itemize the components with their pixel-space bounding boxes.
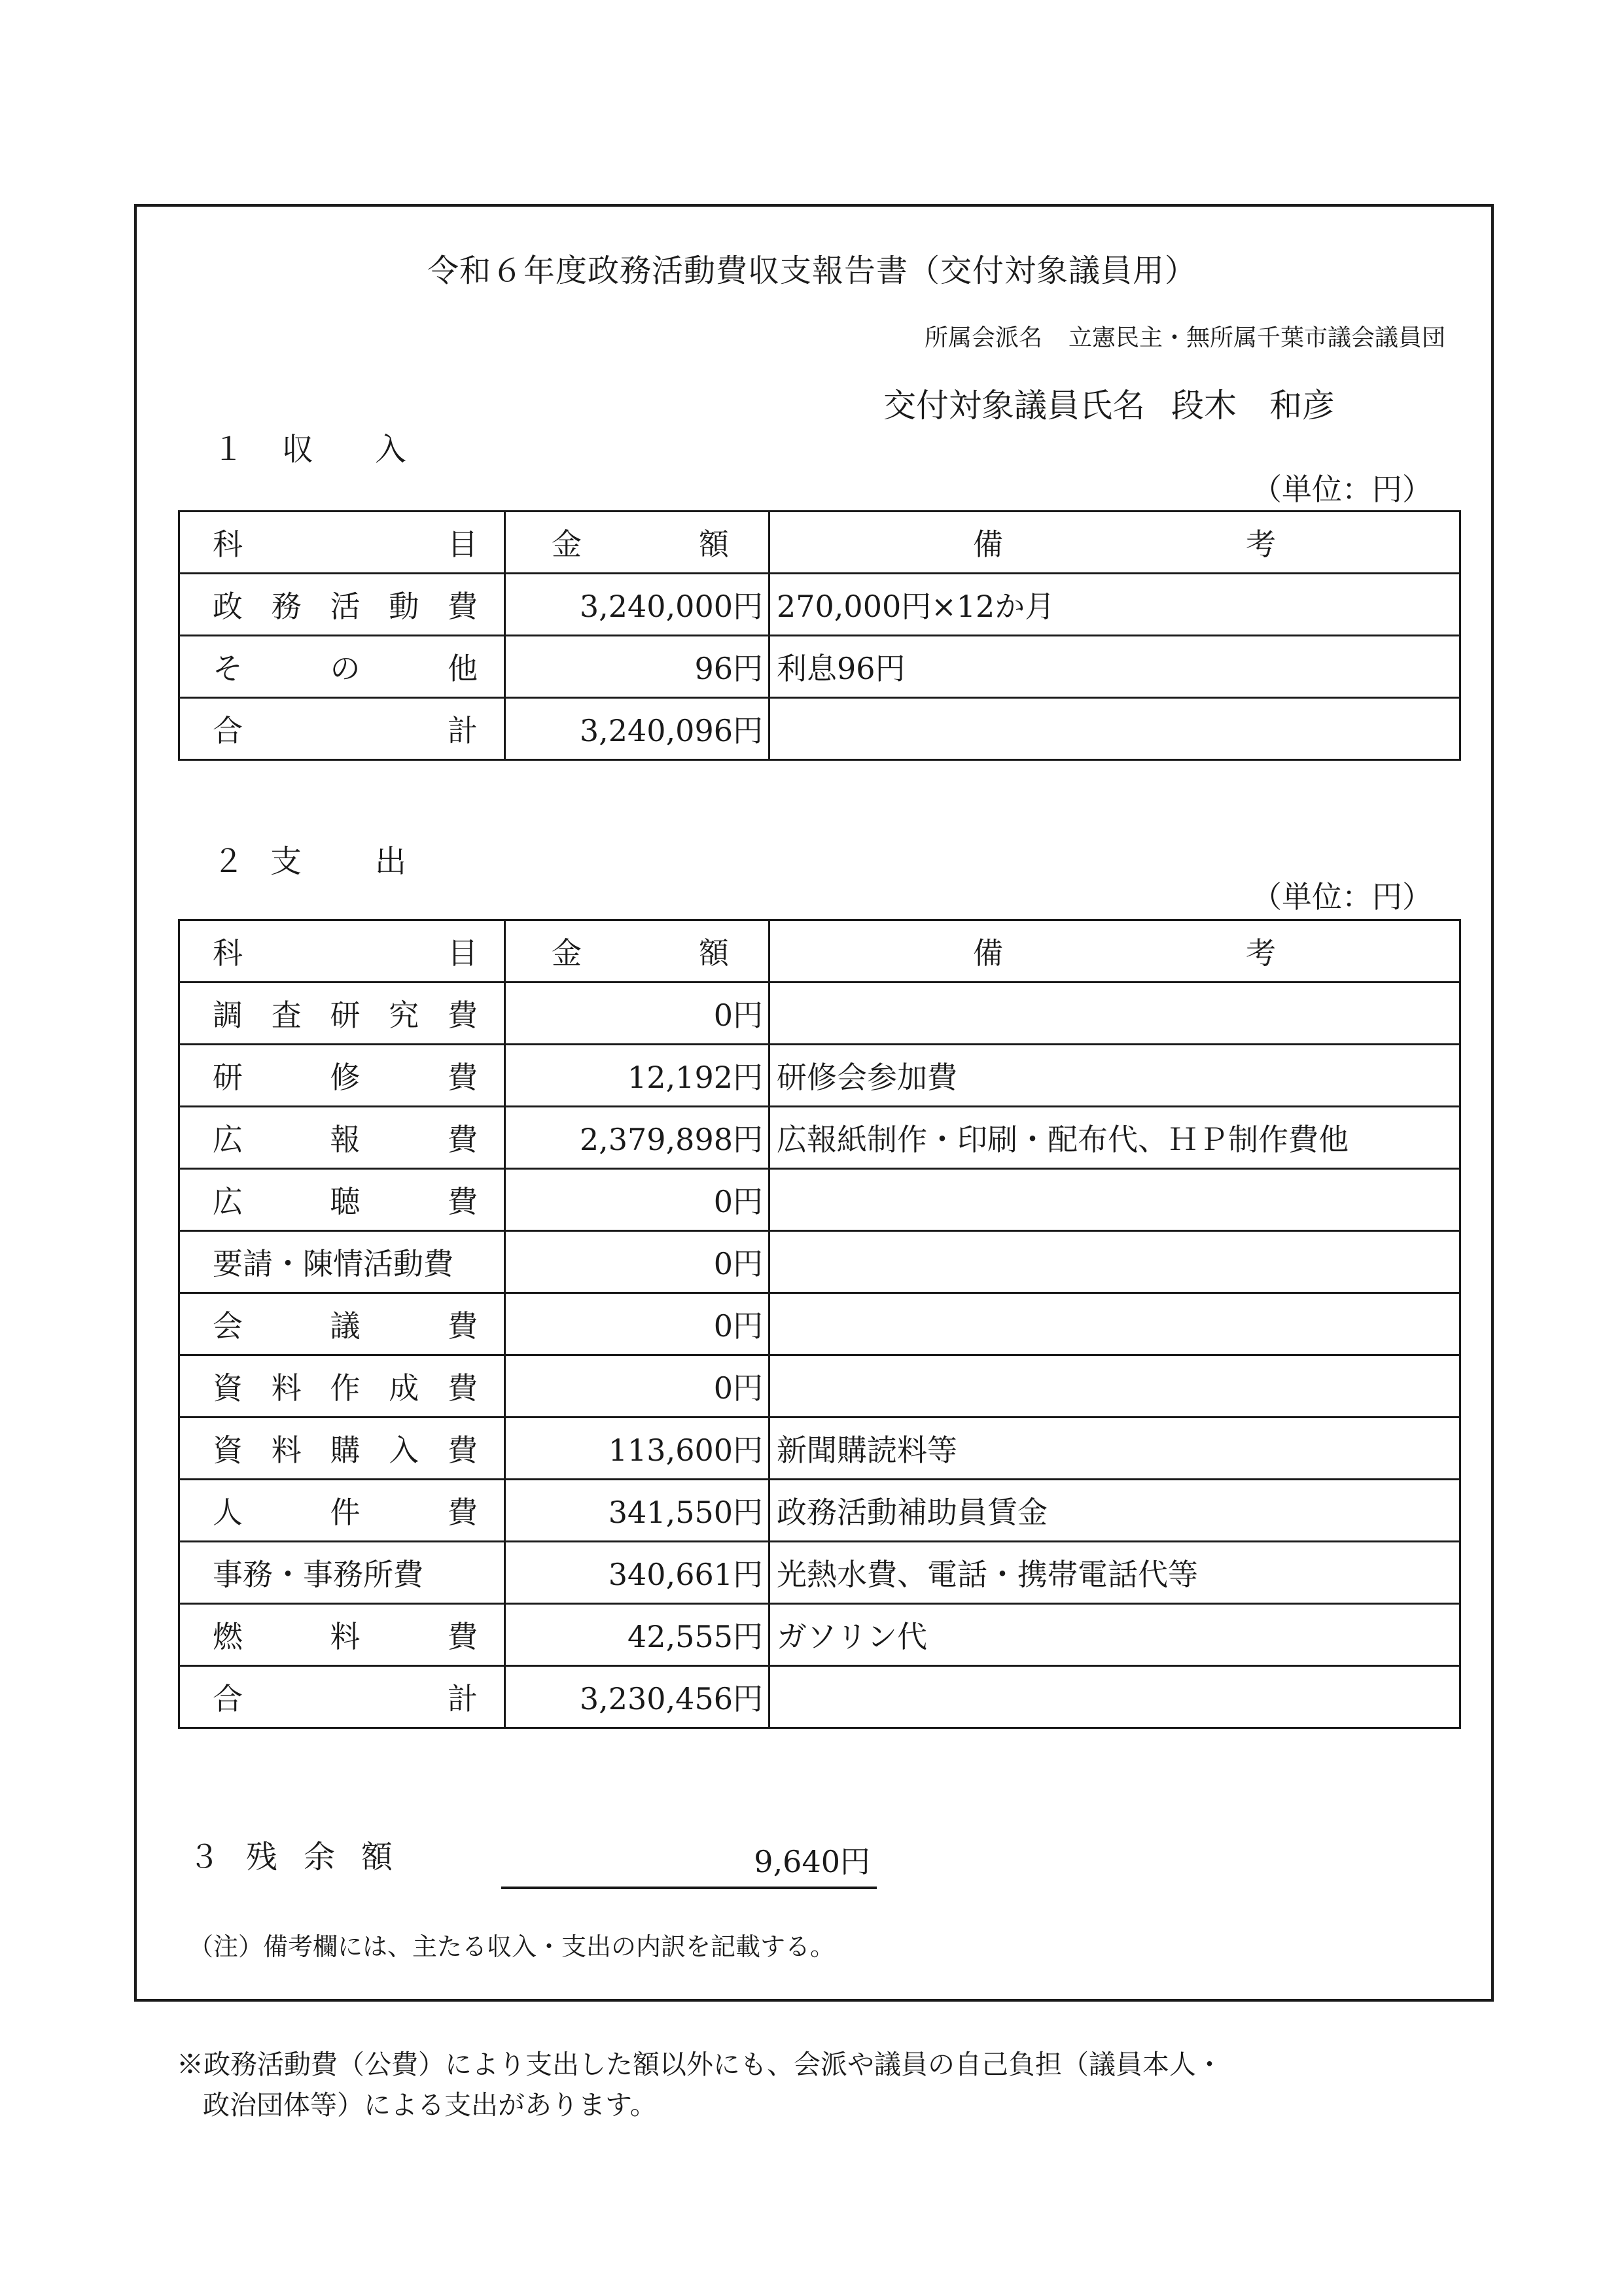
subject-char: 費	[448, 1489, 478, 1532]
subject-char: 料	[330, 1613, 361, 1656]
row-remark: 広報紙制作・印刷・配布代、ＨＰ制作費他	[769, 1107, 1460, 1169]
subject-char: 費	[448, 583, 478, 626]
row-subject: 資料購入費	[179, 1418, 505, 1480]
subject-char: 費	[448, 1178, 478, 1221]
subject-char: 計	[448, 707, 478, 750]
header-char: 目	[448, 521, 478, 564]
table-row: 調査研究費 0円	[179, 983, 1460, 1045]
disclaimer-note: ※政務活動費（公費）により支出した額以外にも、会派や議員の自己負担（議員本人・ …	[177, 2044, 1223, 2125]
expenditure-section-heading: ２支出	[213, 836, 406, 881]
row-subject: 人件費	[179, 1480, 505, 1542]
subject-char: 他	[448, 645, 478, 688]
row-subject: 政務活動費	[179, 574, 505, 636]
subject-char: 費	[448, 1613, 478, 1656]
disclaimer-line-2: 政治団体等）による支出があります。	[177, 2085, 1223, 2125]
row-subject: 燃料費	[179, 1604, 505, 1666]
row-amount: 96円	[505, 636, 769, 698]
table-total-row: 合計 3,240,096円	[179, 698, 1460, 760]
table-row: 燃料費 42,555円 ガソリン代	[179, 1604, 1460, 1666]
row-amount: 113,600円	[505, 1418, 769, 1480]
header-char: 備	[973, 930, 1003, 973]
subject-char: 会	[213, 1302, 243, 1346]
row-amount: 0円	[505, 1231, 769, 1293]
subject-char: 費	[448, 1116, 478, 1159]
row-remark: 光熱水費、電話・携帯電話代等	[769, 1542, 1460, 1604]
subject-char: 活	[330, 583, 361, 626]
header-char: 額	[699, 521, 729, 564]
row-subject: 広報費	[179, 1107, 505, 1169]
subject-char: 人	[213, 1489, 243, 1532]
row-amount: 12,192円	[505, 1045, 769, 1107]
remainder-value: 9,640円	[752, 1838, 870, 1881]
header-subject: 科目	[179, 920, 505, 983]
table-header-row: 科目 金額 備考	[179, 512, 1460, 574]
table-row: 政務活動費 3,240,000円 270,000円×12か月	[179, 574, 1460, 636]
member-line: 交付対象議員氏名段木和彦	[883, 379, 1335, 426]
subject-char: 調	[213, 992, 243, 1035]
subject-char: 費	[448, 1054, 478, 1097]
heading-char: 収	[282, 424, 313, 469]
subject-char: 成	[389, 1365, 419, 1408]
income-unit-label: （単位：円）	[1252, 466, 1432, 509]
header-char: 科	[213, 930, 243, 973]
section-number: ３	[188, 1832, 220, 1877]
income-table: 科目 金額 備考 政務活動費 3,240,000円 270,000円×12か月 …	[178, 510, 1461, 761]
table-total-row: 合計 3,230,456円	[179, 1666, 1460, 1728]
row-amount: 3,240,096円	[505, 698, 769, 760]
label-char: 残	[246, 1832, 277, 1877]
table-row: 広聴費 0円	[179, 1169, 1460, 1231]
table-row: 資料購入費 113,600円 新聞購読料等	[179, 1418, 1460, 1480]
table-header-row: 科目 金額 備考	[179, 920, 1460, 983]
row-remark: 研修会参加費	[769, 1045, 1460, 1107]
subject-char: 修	[330, 1054, 361, 1097]
row-subject: 合計	[179, 1666, 505, 1728]
table-row: 会議費 0円	[179, 1293, 1460, 1355]
subject-char: 費	[448, 1427, 478, 1470]
subject-char: 広	[213, 1178, 243, 1221]
table-row: その他 96円 利息96円	[179, 636, 1460, 698]
subject-char: 作	[330, 1365, 361, 1408]
row-subject: その他	[179, 636, 505, 698]
row-remark	[769, 1355, 1460, 1418]
member-label: 交付対象議員氏名	[883, 387, 1145, 425]
row-subject: 事務・事務所費	[179, 1542, 505, 1604]
row-amount: 2,379,898円	[505, 1107, 769, 1169]
subject-char: 料	[272, 1365, 302, 1408]
subject-char: 費	[448, 992, 478, 1035]
subject-char: の	[330, 645, 361, 688]
subject-char: 費	[448, 1302, 478, 1346]
subject-char: 研	[213, 1054, 243, 1097]
subject-char: 資	[213, 1427, 243, 1470]
row-amount: 0円	[505, 1355, 769, 1418]
row-amount: 3,230,456円	[505, 1666, 769, 1728]
heading-char: 支	[270, 836, 302, 881]
row-remark: 政務活動補助員賃金	[769, 1480, 1460, 1542]
heading-char: 入	[375, 424, 406, 469]
header-remark: 備考	[769, 512, 1460, 574]
subject-char: 要請・陳情活動費	[213, 1240, 453, 1283]
remainder-underline	[501, 1887, 877, 1889]
row-subject: 広聴費	[179, 1169, 505, 1231]
subject-char: 合	[213, 1675, 243, 1718]
remainder-label: ３残余額	[188, 1832, 393, 1877]
subject-char: 購	[330, 1427, 361, 1470]
header-char: 金	[552, 930, 582, 973]
subject-char: 件	[330, 1489, 361, 1532]
label-char: 余	[304, 1832, 335, 1877]
row-amount: 3,240,000円	[505, 574, 769, 636]
subject-char: 動	[389, 583, 419, 626]
subject-char: 広	[213, 1116, 243, 1159]
subject-char: 議	[330, 1302, 361, 1346]
remark-footnote: （注）備考欄には、主たる収入・支出の内訳を記載する。	[188, 1926, 835, 1962]
row-amount: 0円	[505, 1169, 769, 1231]
row-subject: 要請・陳情活動費	[179, 1231, 505, 1293]
row-remark	[769, 698, 1460, 760]
row-remark	[769, 1293, 1460, 1355]
row-subject: 合計	[179, 698, 505, 760]
faction-label: 所属会派名	[925, 324, 1042, 351]
subject-char: 資	[213, 1365, 243, 1408]
header-char: 科	[213, 521, 243, 564]
heading-char: 出	[375, 836, 406, 881]
label-char: 額	[361, 1832, 393, 1877]
header-subject: 科目	[179, 512, 505, 574]
row-remark: ガソリン代	[769, 1604, 1460, 1666]
row-subject: 資料作成費	[179, 1355, 505, 1418]
row-amount: 0円	[505, 1293, 769, 1355]
disclaimer-line-1: ※政務活動費（公費）により支出した額以外にも、会派や議員の自己負担（議員本人・	[177, 2049, 1223, 2080]
row-remark: 新聞購読料等	[769, 1418, 1460, 1480]
row-amount: 340,661円	[505, 1542, 769, 1604]
row-remark: 利息96円	[769, 636, 1460, 698]
subject-char: 政	[213, 583, 243, 626]
table-row: 研修費 12,192円 研修会参加費	[179, 1045, 1460, 1107]
member-given-name: 和彦	[1269, 387, 1335, 425]
row-remark	[769, 1666, 1460, 1728]
header-amount: 金額	[505, 512, 769, 574]
subject-char: 入	[389, 1427, 419, 1470]
header-char: 考	[1246, 521, 1276, 564]
row-amount: 0円	[505, 983, 769, 1045]
subject-char: 計	[448, 1675, 478, 1718]
row-remark	[769, 1231, 1460, 1293]
row-amount: 42,555円	[505, 1604, 769, 1666]
section-number: ２	[213, 836, 244, 881]
subject-char: 務	[272, 583, 302, 626]
table-row: 要請・陳情活動費 0円	[179, 1231, 1460, 1293]
header-char: 備	[973, 521, 1003, 564]
row-remark: 270,000円×12か月	[769, 574, 1460, 636]
subject-char: 研	[330, 992, 361, 1035]
expenditure-table: 科目 金額 備考 調査研究費 0円 研修費 12,192円 研修会参加費 広報費…	[178, 919, 1461, 1729]
subject-char: 費	[448, 1365, 478, 1408]
subject-char: 料	[272, 1427, 302, 1470]
section-number: １	[213, 424, 244, 469]
row-amount: 341,550円	[505, 1480, 769, 1542]
header-char: 額	[699, 930, 729, 973]
table-row: 広報費 2,379,898円 広報紙制作・印刷・配布代、ＨＰ制作費他	[179, 1107, 1460, 1169]
subject-char: そ	[213, 645, 243, 688]
table-row: 事務・事務所費 340,661円 光熱水費、電話・携帯電話代等	[179, 1542, 1460, 1604]
row-subject: 研修費	[179, 1045, 505, 1107]
expenditure-unit-label: （単位：円）	[1252, 873, 1432, 916]
subject-char: 査	[272, 992, 302, 1035]
header-char: 考	[1246, 930, 1276, 973]
faction-name: 立憲民主・無所属千葉市議会議員団	[1068, 324, 1445, 351]
header-char: 金	[552, 521, 582, 564]
row-subject: 会議費	[179, 1293, 505, 1355]
header-amount: 金額	[505, 920, 769, 983]
subject-char: 燃	[213, 1613, 243, 1656]
subject-char: 報	[330, 1116, 361, 1159]
row-subject: 調査研究費	[179, 983, 505, 1045]
table-row: 人件費 341,550円 政務活動補助員賃金	[179, 1480, 1460, 1542]
faction-line: 所属会派名立憲民主・無所属千葉市議会議員団	[925, 319, 1445, 353]
subject-char: 聴	[330, 1178, 361, 1221]
subject-char: 合	[213, 707, 243, 750]
report-title: 令和６年度政務活動費収支報告書（交付対象議員用）	[0, 245, 1624, 290]
member-surname: 段木	[1171, 387, 1237, 425]
subject-char: 究	[389, 992, 419, 1035]
header-char: 目	[448, 930, 478, 973]
income-section-heading: １収入	[213, 424, 406, 469]
table-row: 資料作成費 0円	[179, 1355, 1460, 1418]
subject-char: 事務・事務所費	[213, 1551, 423, 1594]
row-remark	[769, 983, 1460, 1045]
row-remark	[769, 1169, 1460, 1231]
header-remark: 備考	[769, 920, 1460, 983]
